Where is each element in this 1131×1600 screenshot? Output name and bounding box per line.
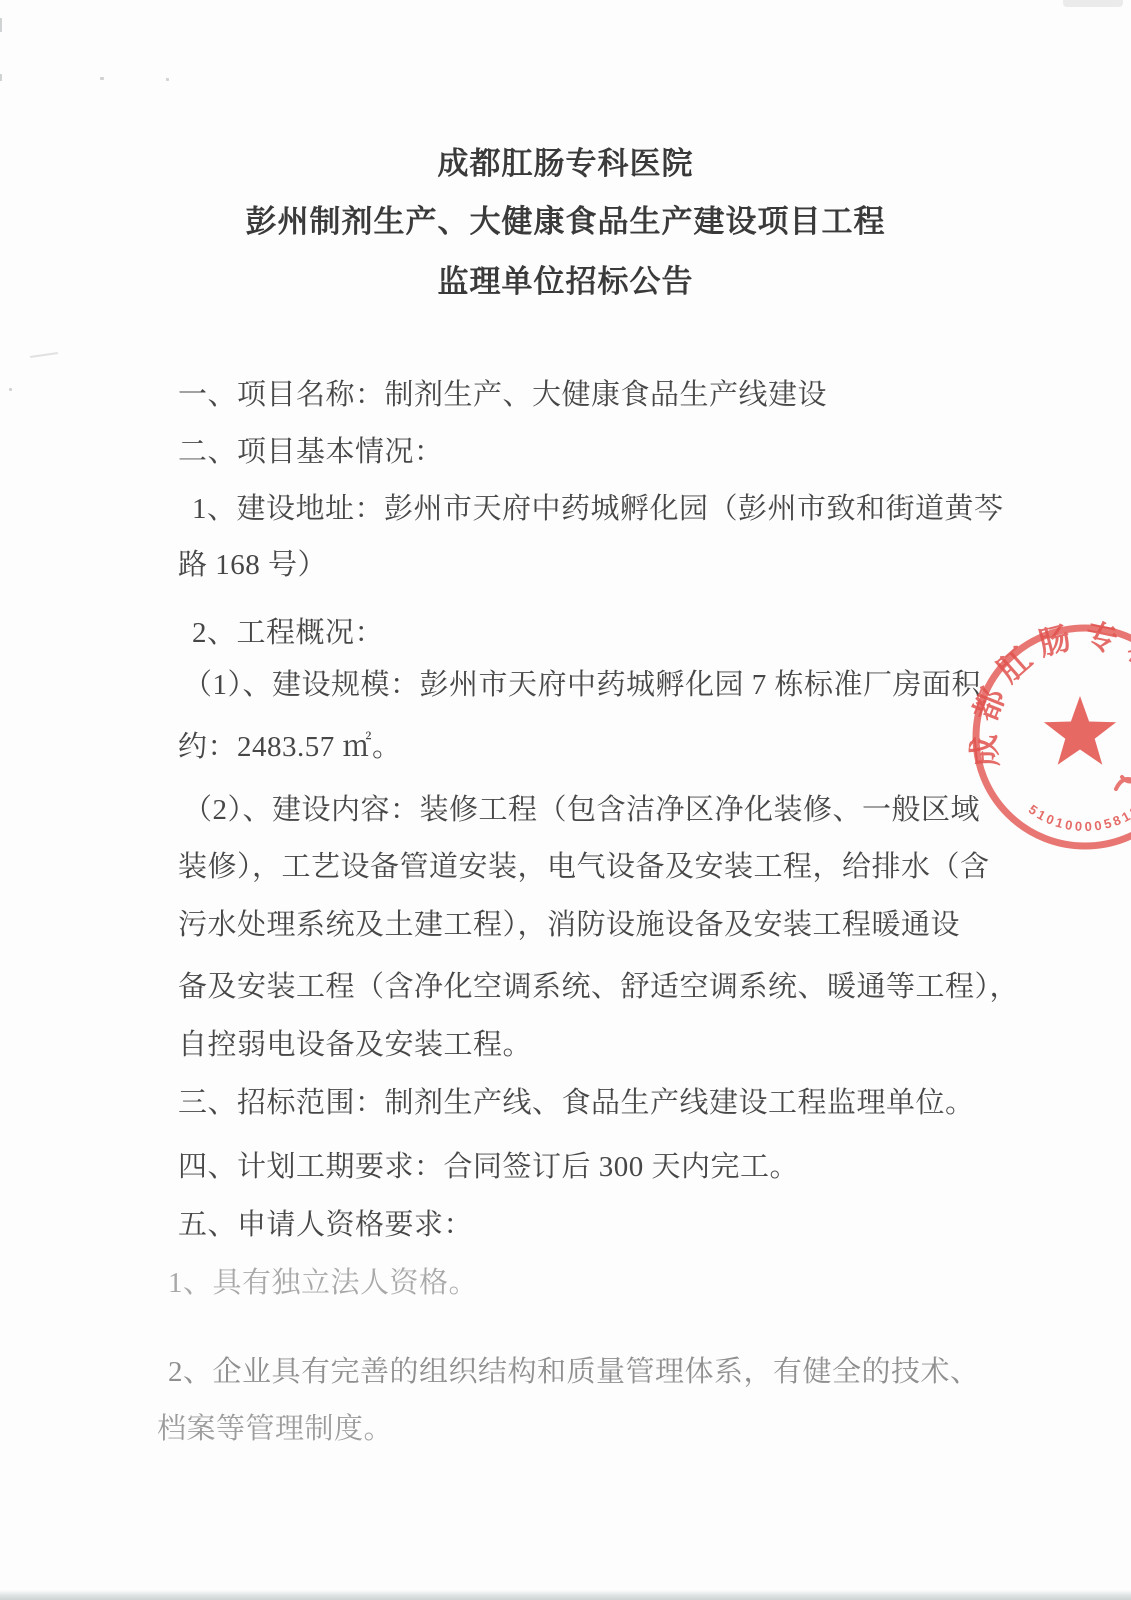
- body-line-basic-info: 二、项目基本情况：: [178, 435, 444, 469]
- body-line-address-2: 路 168 号）: [178, 548, 327, 582]
- seal-arc-text: 成都肛肠专科: [965, 616, 1131, 768]
- document-title-line-1: 成都肛肠专科医院: [0, 138, 1131, 183]
- body-line-scale-2: 约：2483.57 ㎡。: [178, 730, 402, 764]
- body-line-qualification-2b: 档案等管理制度。: [157, 1412, 393, 1446]
- document-title-line-2: 彭州制剂生产、大健康食品生产建设项目工程: [0, 196, 1131, 241]
- body-line-schedule: 四、计划工期要求：合同签订后 300 天内完工。: [178, 1150, 799, 1184]
- scan-edge-mark: [0, 74, 2, 81]
- scan-speck: [166, 78, 169, 81]
- scan-smudge: [30, 352, 58, 358]
- page-bottom-edge: [0, 1590, 1131, 1600]
- seal-number-text: 510100005813: [1026, 802, 1131, 834]
- svg-text:成都肛肠专科: 成都肛肠专科: [965, 616, 1131, 768]
- body-line-content-2: 装修），工艺设备管道安装，电气设备及安装工程，给排水（含: [178, 850, 990, 884]
- official-seal: 成都肛肠专科 510100005813: [950, 598, 1131, 868]
- body-line-content-3: 污水处理系统及土建工程），消防设施设备及安装工程暖通设: [178, 908, 960, 942]
- body-line-content-5: 自控弱电设备及安装工程。: [178, 1028, 532, 1062]
- star-icon: [1044, 696, 1116, 765]
- body-line-qualification-2a: 2、企业具有完善的组织结构和质量管理体系，有健全的技术、: [168, 1355, 980, 1389]
- body-line-scale-1: （1）、建设规模：彭州市天府中药城孵化园 7 栋标准厂房面积: [183, 668, 981, 702]
- body-line-project-name: 一、项目名称：制剂生产、大健康食品生产线建设: [178, 378, 827, 412]
- document-title-line-3: 监理单位招标公告: [0, 256, 1131, 301]
- svg-text:510100005813: 510100005813: [1026, 802, 1131, 834]
- body-line-content-4: 备及安装工程（含净化空调系统、舒适空调系统、暖通等工程），: [178, 970, 1019, 1004]
- body-line-qualification-heading: 五、申请人资格要求：: [178, 1208, 473, 1242]
- scan-speck: [9, 388, 12, 391]
- scan-corner-smudge: [1063, 0, 1123, 7]
- body-line-address-1: 1、建设地址：彭州市天府中药城孵化园（彭州市致和街道黄芩: [192, 492, 1004, 526]
- body-line-qualification-1: 1、具有独立法人资格。: [168, 1266, 478, 1300]
- seal-partial-glyph: [1116, 777, 1131, 789]
- scan-speck: [100, 77, 104, 80]
- body-line-overview-heading: 2、工程概况：: [192, 616, 384, 650]
- scanned-document-page: 成都肛肠专科医院 彭州制剂生产、大健康食品生产建设项目工程 监理单位招标公告 一…: [0, 0, 1131, 1600]
- body-line-content-1: （2）、建设内容：装修工程（包含洁净区净化装修、一般区域: [183, 793, 980, 827]
- scan-edge-mark: [0, 18, 2, 32]
- body-line-bid-scope: 三、招标范围：制剂生产线、食品生产线建设工程监理单位。: [178, 1086, 975, 1120]
